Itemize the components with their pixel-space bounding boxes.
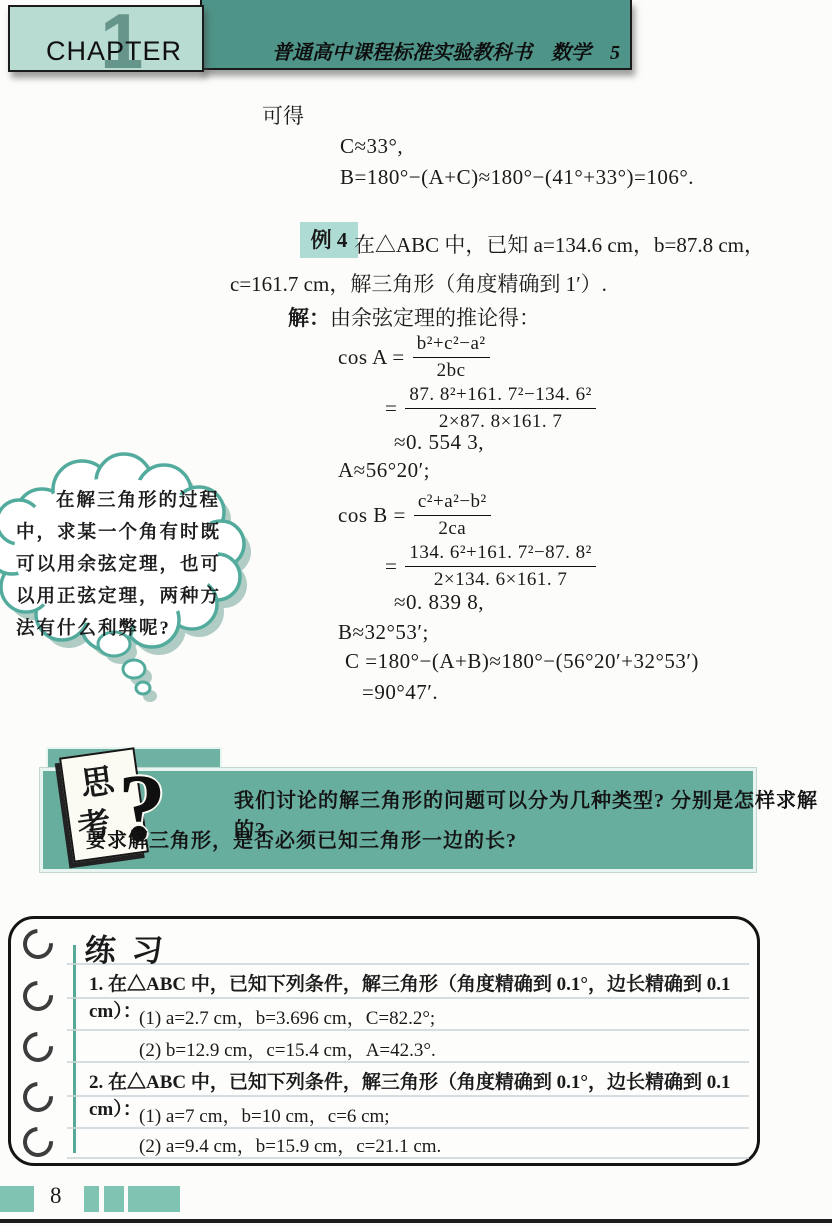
angle-B-result: B≈32°53′; <box>338 620 429 645</box>
binder-ring-icon <box>17 923 59 965</box>
page-bottom-edge <box>0 1219 832 1223</box>
cosB-substitution: = 134. 6²+161. 7²−87. 8² 2×134. 6×161. 7 <box>385 541 596 592</box>
derivation-line-2: B=180°−(A+C)≈180°−(41°+33°)=106°. <box>340 165 694 190</box>
book-volume: 5 <box>610 42 620 64</box>
cosA-substitution: = 87. 8²+161. 7²−134. 6² 2×87. 8×161. 7 <box>385 383 596 434</box>
textbook-page: 1 CHAPTER 普通高中课程标准实验教科书 数学 5 可得 C≈33°, B… <box>0 0 832 1226</box>
cosB-fraction-2: 134. 6²+161. 7²−87. 8² 2×134. 6×161. 7 <box>405 541 596 592</box>
binder-ring-icon <box>17 975 59 1017</box>
thought-bubble: 在解三角形的过程 中，求某一个角有时既 可以用余弦定理，也可 以用正弦定理，两种… <box>0 452 254 714</box>
exercise-number: 1. <box>89 974 103 995</box>
think-question-2: 要求解三角形，是否必须已知三角形一边的长? <box>86 824 517 853</box>
cosA-denominator: 2bc <box>437 358 466 383</box>
cosB-definition: cos B = c²+a²−b² 2ca <box>338 490 491 541</box>
exercise-number: 2. <box>89 1072 103 1093</box>
cosA-numerator: b²+c²−a² <box>413 332 490 358</box>
cosA-lhs: cos A = <box>338 345 405 370</box>
cosB-approx: ≈0. 839 8, <box>394 590 484 615</box>
solve-lead: 由余弦定理的推论得： <box>330 306 540 330</box>
bubble-line-5: 法有什么利弊呢? <box>16 614 171 640</box>
binder-ring-icon <box>17 1026 59 1068</box>
binder-ring-icon <box>17 1076 59 1118</box>
equals-sign: = <box>385 396 397 421</box>
cosB-fraction: c²+a²−b² 2ca <box>414 490 491 541</box>
chapter-label: CHAPTER <box>46 36 182 67</box>
equals-sign: = <box>385 554 397 579</box>
angle-C-line: C =180°−(A+B)≈180°−(56°20′+32°53′) <box>345 649 699 674</box>
angle-A-result: A≈56°20′; <box>338 458 430 483</box>
example-intro-line-1: 在△ABC 中，已知 a=134.6 cm，b=87.8 cm， <box>354 229 765 259</box>
book-subject: 数学 <box>551 42 591 64</box>
example-intro-line-2: c=161.7 cm，解三角形（角度精确到 1′）. <box>230 268 607 298</box>
cosA-approx: ≈0. 554 3, <box>394 430 484 455</box>
bubble-line-3: 可以用余弦定理，也可 <box>16 550 221 576</box>
bubble-line-1: 在解三角形的过程 <box>56 486 220 512</box>
cosA-fraction-2: 87. 8²+161. 7²−134. 6² 2×87. 8×161. 7 <box>405 383 596 434</box>
book-title: 普通高中课程标准实验教科书 数学 5 <box>272 36 634 65</box>
cosB-numerator-2: 134. 6²+161. 7²−87. 8² <box>405 541 596 567</box>
exercise-part: (1) a=7 cm，b=10 cm，c=6 cm; <box>139 1101 390 1128</box>
derivation-line-1: C≈33°, <box>340 134 403 159</box>
exercise-title: 练习 <box>83 925 180 970</box>
example-tag: 例 4 <box>300 222 358 258</box>
bubble-line-2: 中，求某一个角有时既 <box>16 518 221 544</box>
binder-ring-icon <box>17 1121 59 1163</box>
exercise-part: (2) b=12.9 cm，c=15.4 cm，A=42.3°. <box>139 1035 436 1062</box>
derivation-lead: 可得 <box>262 100 304 130</box>
cosB-denominator: 2ca <box>438 516 466 541</box>
cosB-lhs: cos B = <box>338 503 406 528</box>
footer-decoration <box>84 1186 99 1212</box>
angle-C-result: =90°47′. <box>362 680 438 705</box>
cosB-denominator-2: 2×134. 6×161. 7 <box>434 567 567 592</box>
footer-decoration <box>104 1186 124 1212</box>
cosB-numerator: c²+a²−b² <box>414 490 491 516</box>
cosA-fraction: b²+c²−a² 2bc <box>413 332 490 383</box>
page-number: 8 <box>50 1183 62 1209</box>
footer-decoration <box>128 1186 180 1212</box>
exercise-part: (2) a=9.4 cm，b=15.9 cm，c=21.1 cm. <box>139 1131 441 1158</box>
margin-line <box>73 945 76 1153</box>
cosA-numerator-2: 87. 8²+161. 7²−134. 6² <box>405 383 596 409</box>
cosA-definition: cos A = b²+c²−a² 2bc <box>338 332 490 383</box>
footer-decoration <box>0 1186 34 1212</box>
solve-line: 解：由余弦定理的推论得： <box>288 302 540 332</box>
exercise-part: (1) a=2.7 cm，b=3.696 cm，C=82.2°; <box>139 1003 435 1030</box>
bubble-line-4: 以用正弦定理，两种方 <box>16 582 221 608</box>
book-series: 普通高中课程标准实验教科书 <box>272 42 532 64</box>
exercise-box: 练习 1. 在△ABC 中，已知下列条件，解三角形（角度精确到 0.1°，边长精… <box>8 916 760 1166</box>
solve-label: 解： <box>288 306 330 330</box>
